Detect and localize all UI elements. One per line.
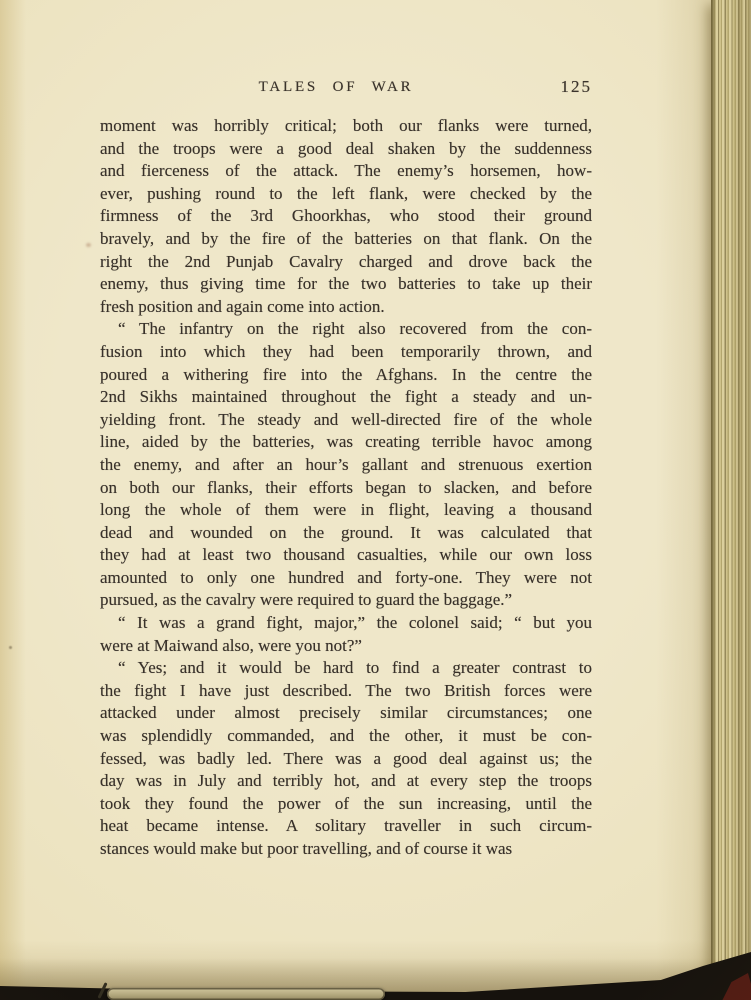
text-line: amounted to only one hundred and forty-o… — [100, 567, 592, 590]
text-line: yielding front. The steady and well-dire… — [100, 409, 592, 432]
text-line: 2nd Sikhs maintained throughout the figh… — [100, 386, 592, 409]
text-line: “ The infantry on the right also recover… — [100, 318, 592, 341]
running-title: TALES OF WAR — [259, 79, 414, 96]
text-line: bravely, and by the fire of the batterie… — [100, 228, 592, 251]
text-line: was splendidly commanded, and the other,… — [100, 725, 592, 748]
scanned-book-page: TALES OF WAR 125 moment was horribly cri… — [0, 0, 751, 1000]
text-line: fresh position and again come into actio… — [100, 296, 592, 319]
text-line: enemy, thus giving time for the two batt… — [100, 273, 592, 296]
page-header: TALES OF WAR 125 — [100, 79, 592, 99]
paragraph: “ The infantry on the right also recover… — [100, 318, 592, 612]
text-line: moment was horribly critical; both our f… — [100, 115, 592, 138]
paragraph: “ It was a grand fight, major,” the colo… — [100, 612, 592, 657]
book-page-edges — [711, 0, 751, 1000]
page-number: 125 — [561, 77, 593, 97]
scan-speck — [9, 646, 12, 649]
text-line: heat became intense. A solitary travelle… — [100, 815, 592, 838]
text-line: “ Yes; and it would be hard to find a gr… — [100, 657, 592, 680]
text-line: attacked under almost precisely similar … — [100, 702, 592, 725]
text-line: they had at least two thousand casualtie… — [100, 544, 592, 567]
text-line: took they found the power of the sun inc… — [100, 793, 592, 816]
text-line: firmness of the 3rd Ghoorkhas, who stood… — [100, 205, 592, 228]
scan-speck — [86, 243, 91, 247]
paragraph: “ Yes; and it would be hard to find a gr… — [100, 657, 592, 860]
text-line: long the whole of them were in flight, l… — [100, 499, 592, 522]
text-line: on both our flanks, their efforts began … — [100, 477, 592, 500]
text-line: fusion into which they had been temporar… — [100, 341, 592, 364]
text-line: the enemy, and after an hour’s gallant a… — [100, 454, 592, 477]
text-line: line, aided by the batteries, was creati… — [100, 431, 592, 454]
text-line: right the 2nd Punjab Cavalry charged and… — [100, 251, 592, 274]
text-line: day was in July and terribly hot, and at… — [100, 770, 592, 793]
book-cradle-clamp — [107, 988, 385, 1000]
text-line: were at Maiwand also, were you not?” — [100, 635, 592, 658]
page-text: moment was horribly critical; both our f… — [100, 115, 592, 861]
text-line: fessed, was badly led. There was a good … — [100, 748, 592, 771]
text-line: and fierceness of the attack. The enemy’… — [100, 160, 592, 183]
text-line: poured a withering fire into the Afghans… — [100, 364, 592, 387]
text-line: ever, pushing round to the left flank, w… — [100, 183, 592, 206]
text-line: pursued, as the cavalry were required to… — [100, 589, 592, 612]
paragraph: moment was horribly critical; both our f… — [100, 115, 592, 318]
text-line: and the troops were a good deal shaken b… — [100, 138, 592, 161]
text-line: stances would make but poor travelling, … — [100, 838, 592, 861]
text-line: the fight I have just described. The two… — [100, 680, 592, 703]
text-line: “ It was a grand fight, major,” the colo… — [100, 612, 592, 635]
text-line: dead and wounded on the ground. It was c… — [100, 522, 592, 545]
